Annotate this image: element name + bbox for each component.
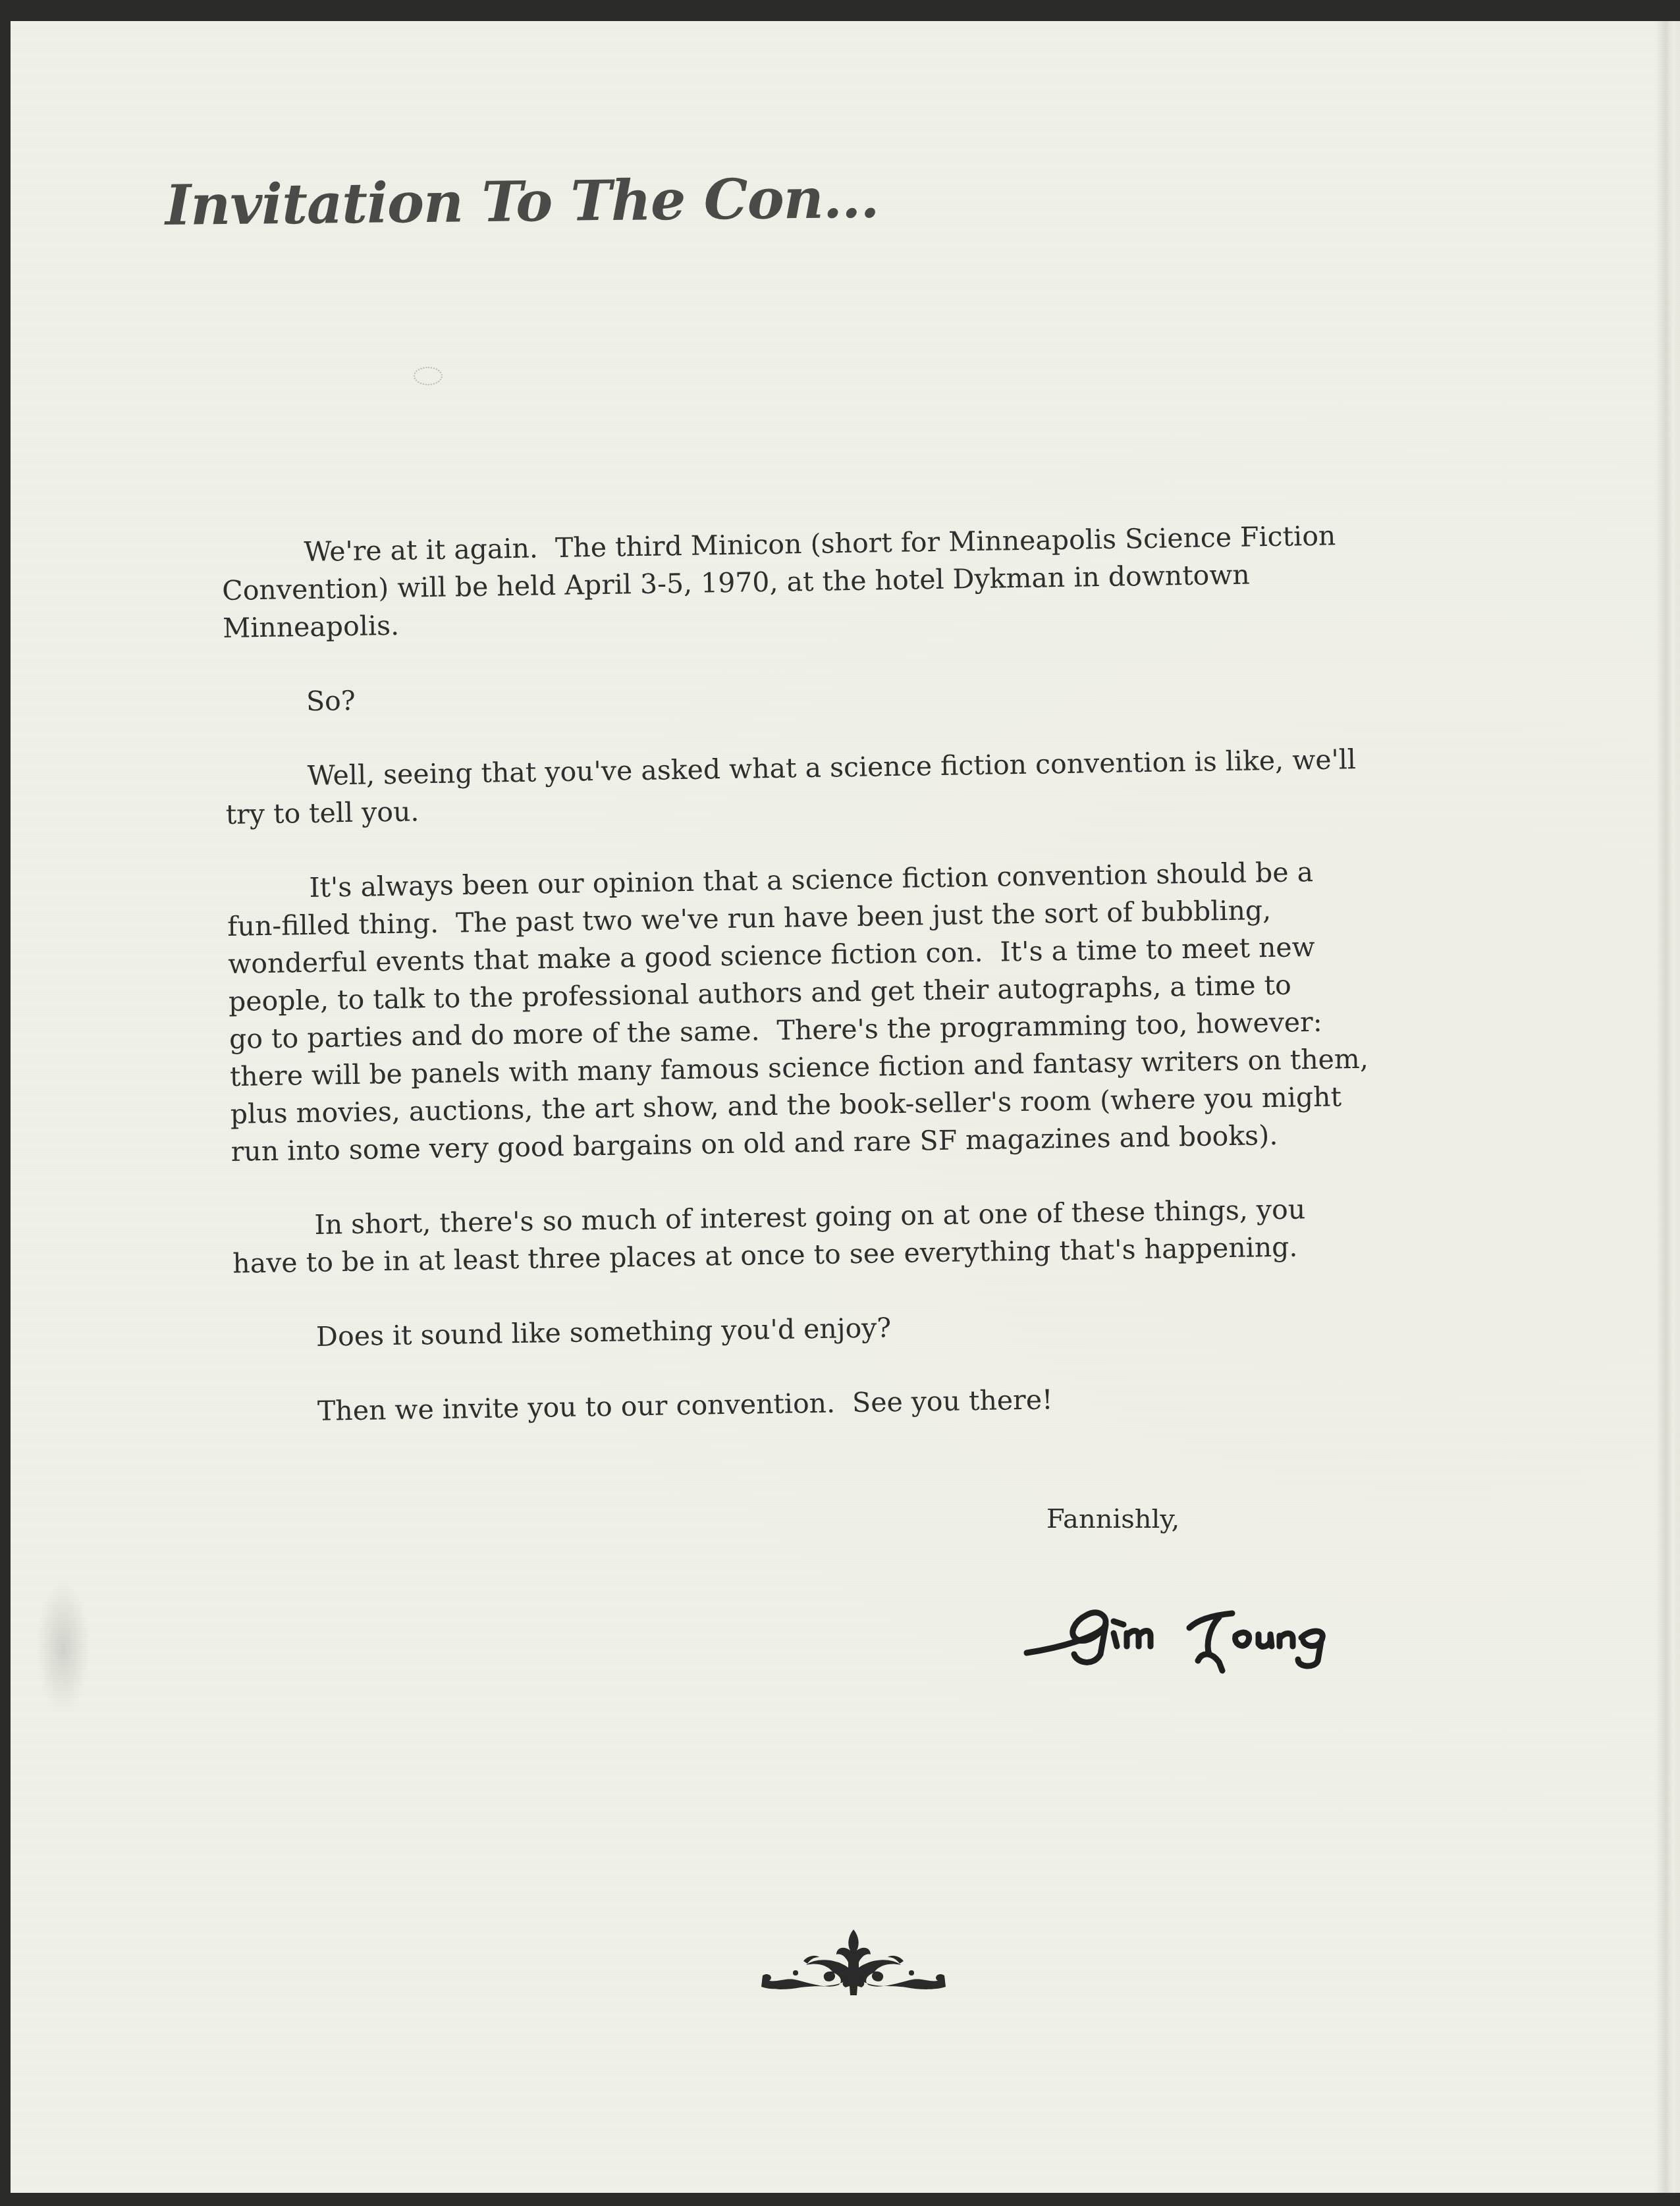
signature-jim-young: Jim Young <box>1021 1588 1417 1681</box>
page-title: Invitation To The Con... <box>165 165 879 238</box>
letter-paragraph: Does it sound like something you'd enjoy… <box>234 1299 1552 1357</box>
closing-salutation: Fannishly, <box>1046 1504 1179 1534</box>
ink-smudge <box>414 367 443 385</box>
letter-paragraph: Then we invite you to our convention. Se… <box>234 1373 1552 1431</box>
letter-line: Then we invite you to our convention. Se… <box>234 1373 1552 1431</box>
letter-line: So? <box>224 664 1542 722</box>
scan-speckle <box>37 1582 90 1713</box>
fleur-de-lis-scroll-ornament-icon <box>755 1924 952 2003</box>
letter-paragraph: It's always been our opinion that a scie… <box>227 850 1548 1171</box>
letter-line: Does it sound like something you'd enjoy… <box>234 1299 1552 1357</box>
letter-paragraph: Well, seeing that you've asked what a sc… <box>225 738 1543 834</box>
letter-page: Invitation To The Con... We're at it aga… <box>11 21 1680 2193</box>
letter-paragraph: In short, there's so much of interest go… <box>232 1187 1550 1282</box>
page-fold-shadow <box>1656 21 1680 2193</box>
letter-paragraph: So? <box>224 664 1542 722</box>
letter-paragraph: We're at it again. The third Minicon (sh… <box>221 514 1540 647</box>
letter-body: We're at it again. The third Minicon (sh… <box>221 514 1553 1468</box>
